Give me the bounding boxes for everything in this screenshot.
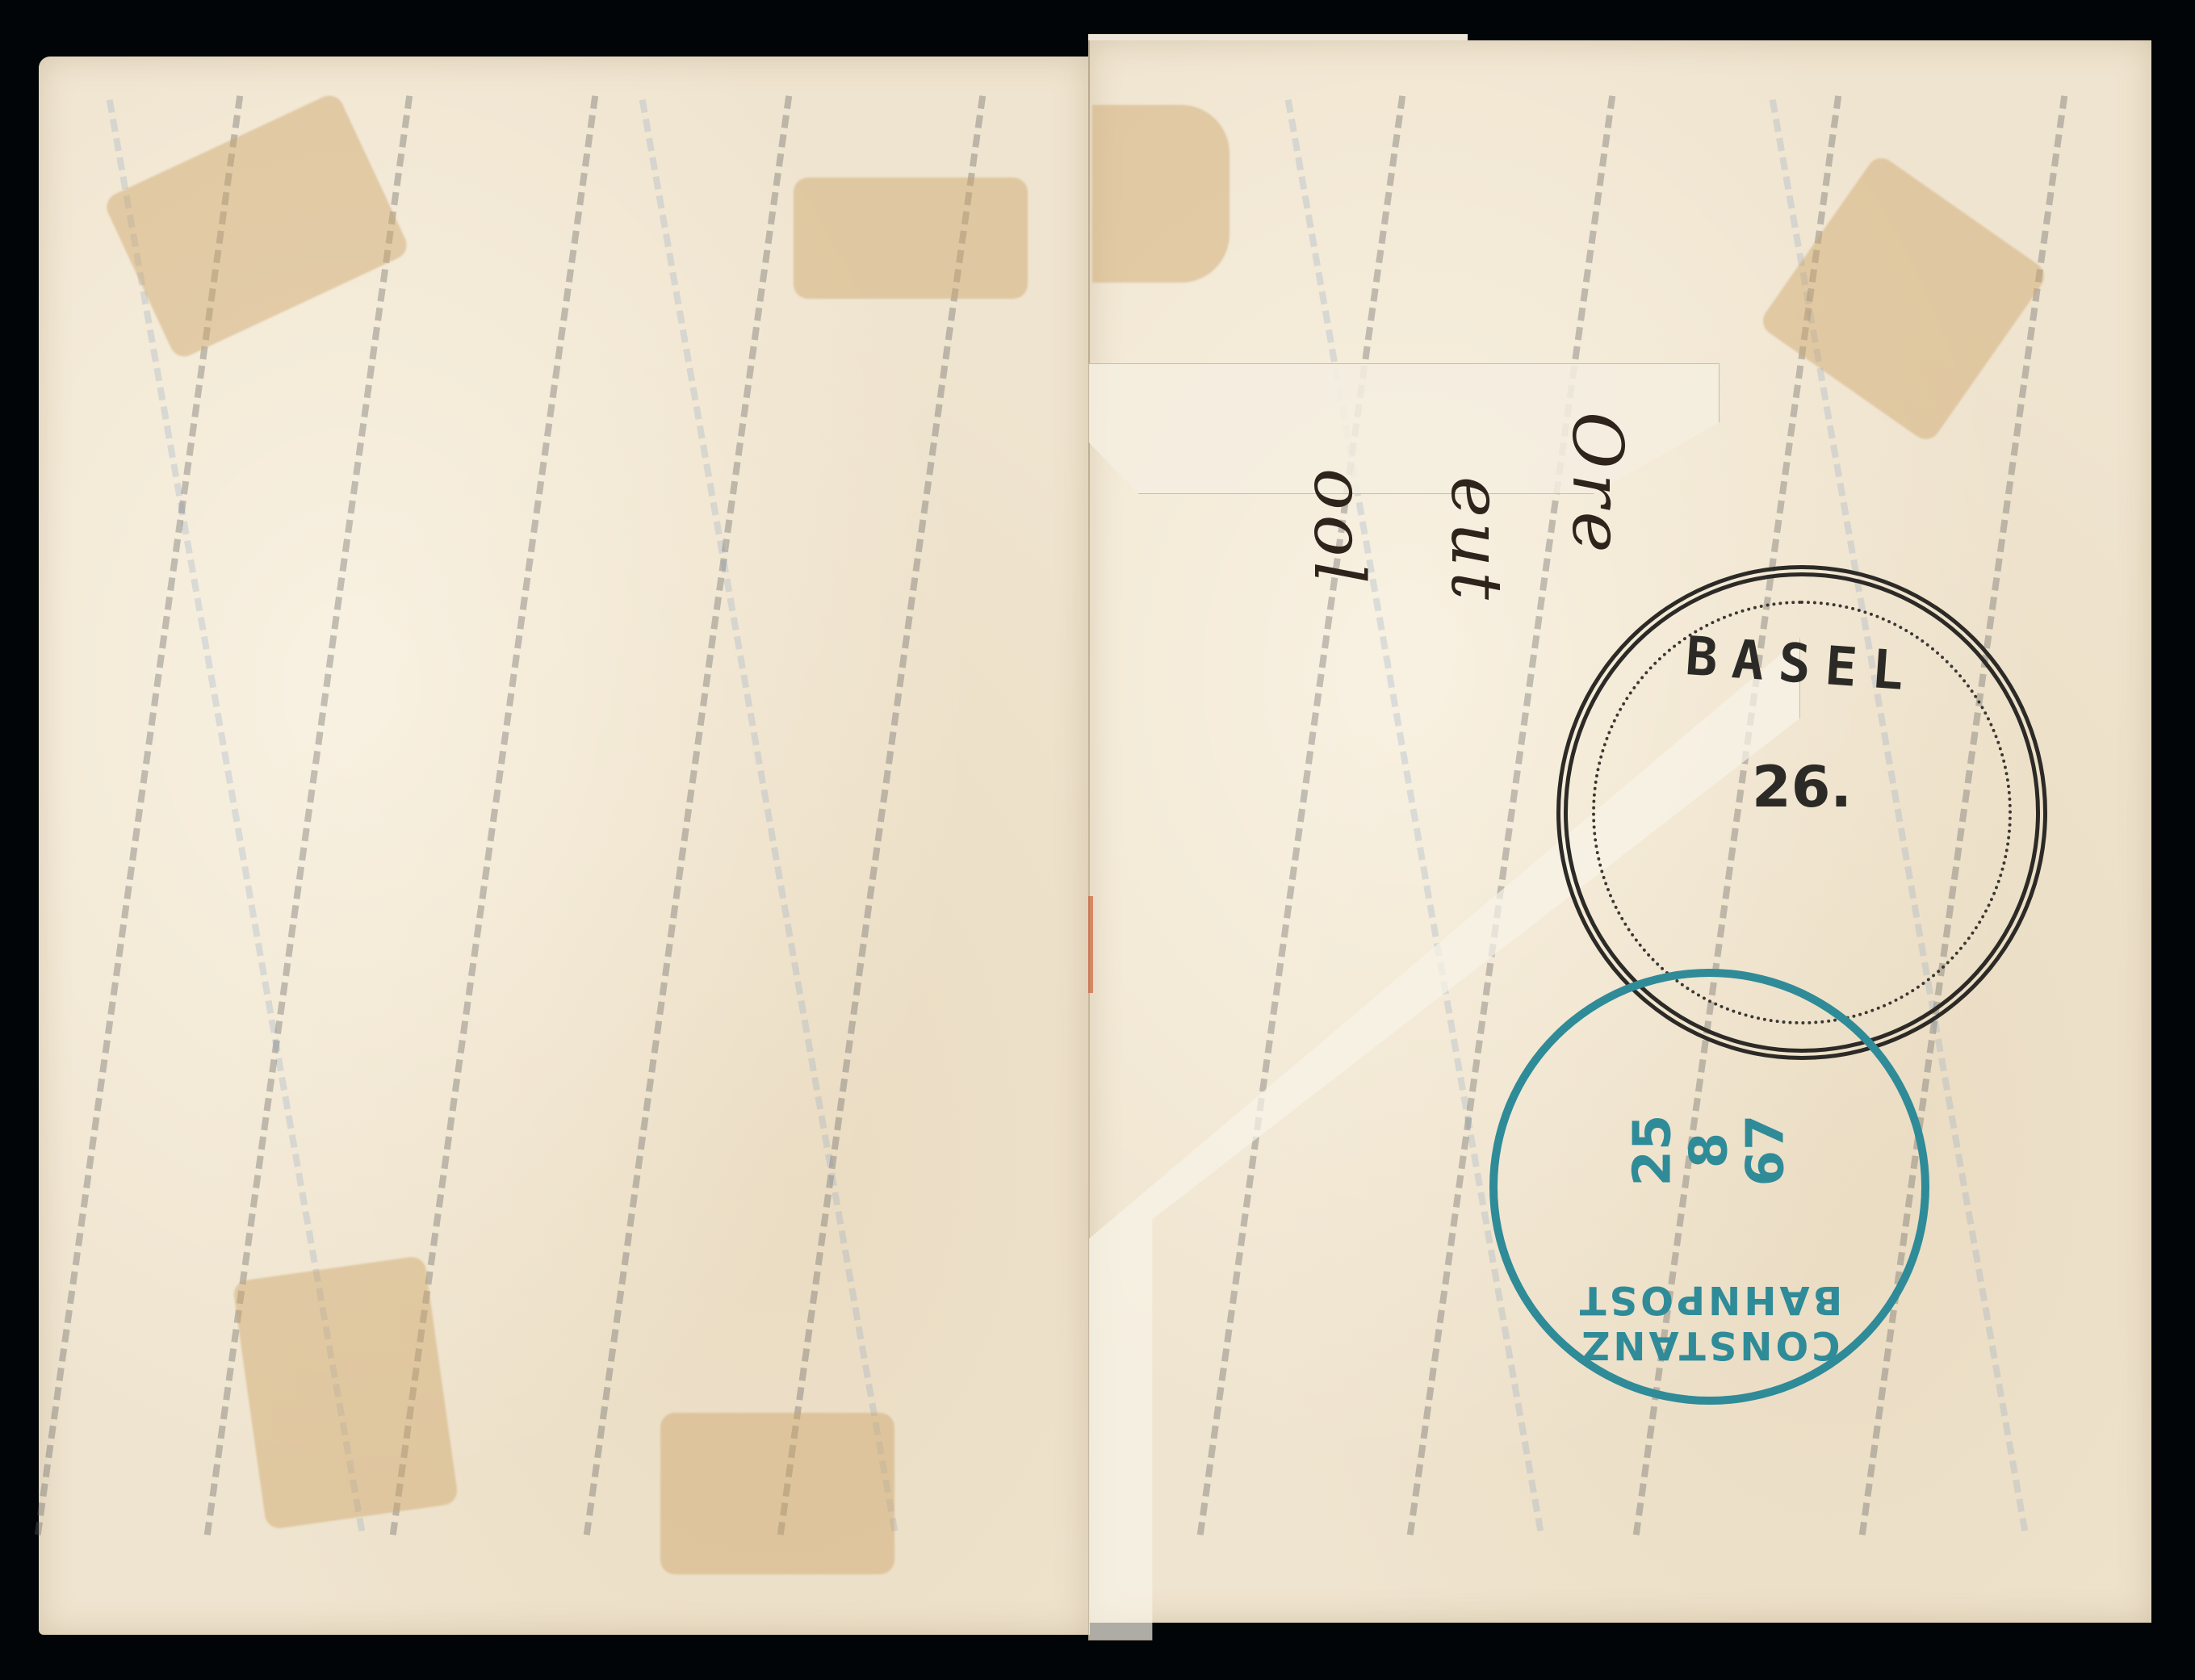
manuscript-line: eut (1435, 476, 1516, 605)
postmark-date: 25 8 67 (1625, 939, 1795, 1363)
manuscript-line: Ore (1556, 412, 1637, 558)
constanz-bahnpost-postmark: CONSTANZ BAHNPOST 25 8 67 (1489, 969, 1929, 1405)
hinge-stain (794, 178, 1028, 299)
postmark-day: 26. (1568, 754, 2036, 820)
hinge-stain (660, 1413, 894, 1574)
manuscript-line: ool (1298, 468, 1379, 589)
postmark-date-month: 8 (1682, 939, 1738, 1363)
hinge-stain (232, 1255, 459, 1530)
hinge-stain (1092, 105, 1229, 283)
postmark-date-year: 67 (1738, 939, 1795, 1363)
postmark-date-day: 25 (1625, 939, 1682, 1363)
red-wax-trace (1088, 896, 1093, 993)
